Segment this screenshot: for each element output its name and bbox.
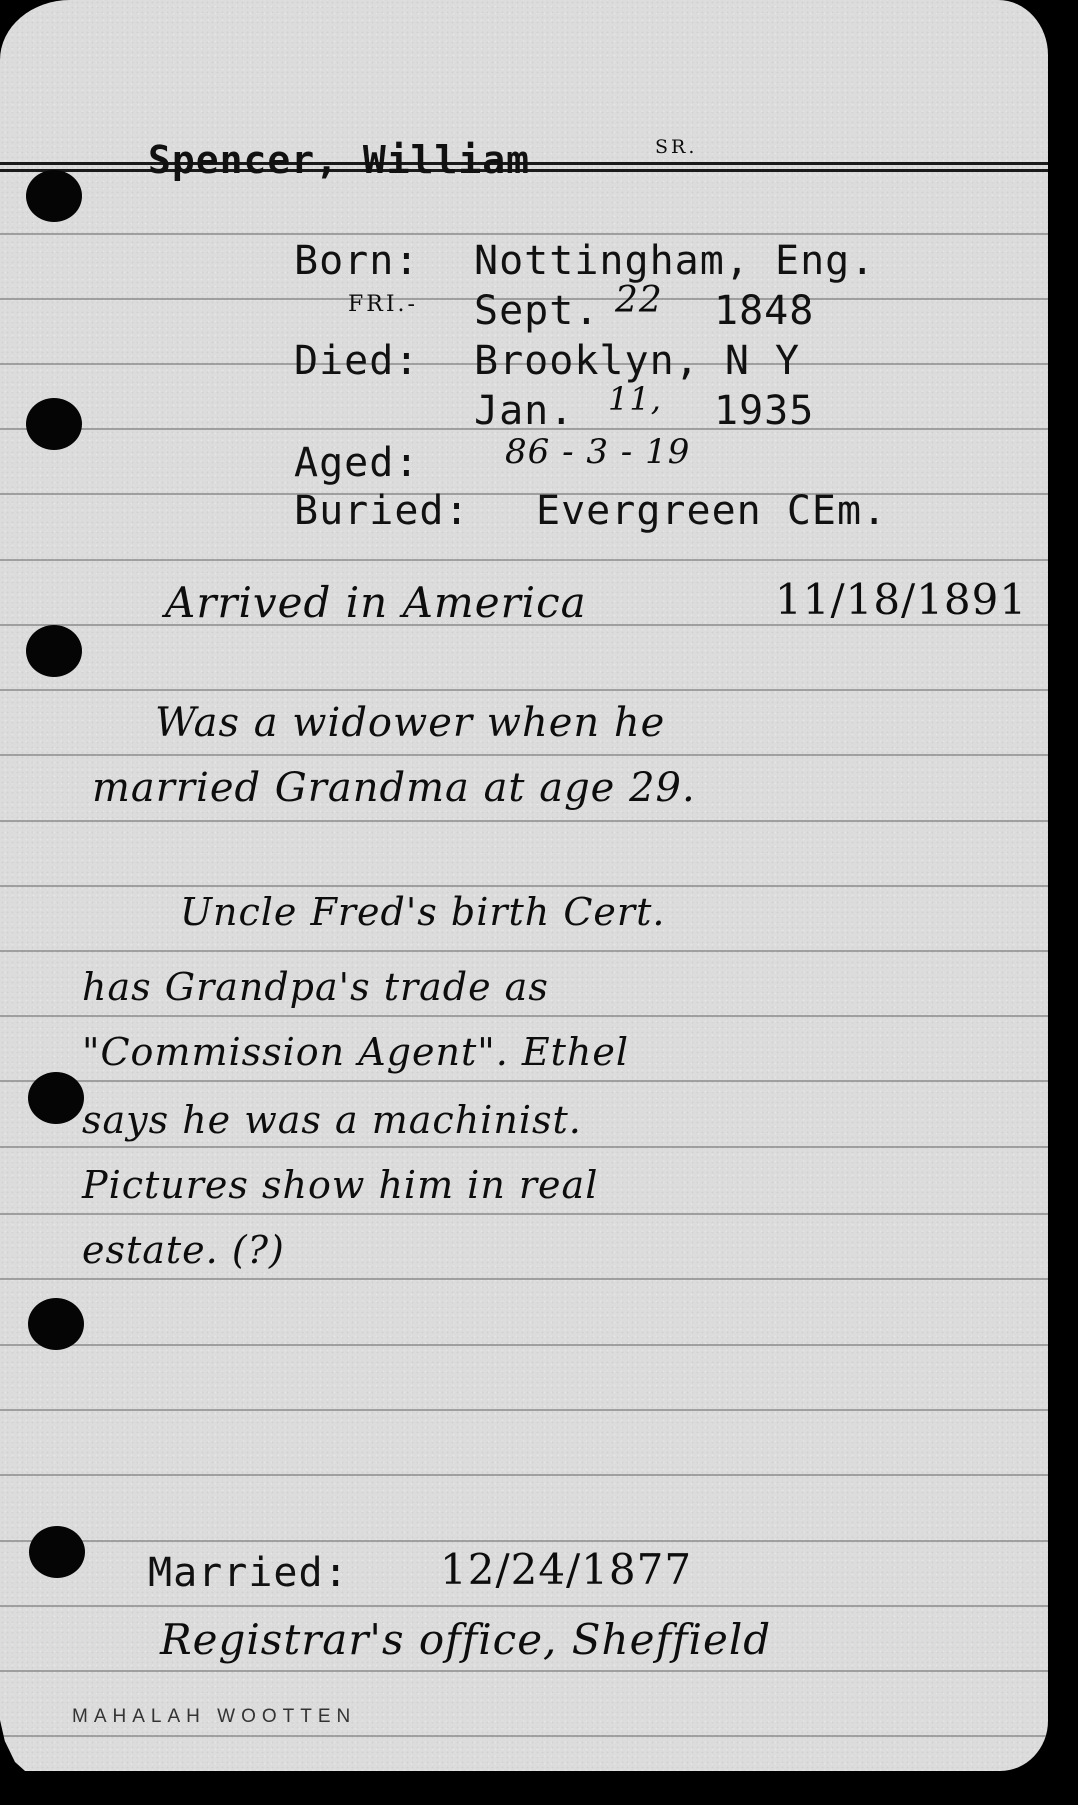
- born-place: Nottingham, Eng.: [474, 238, 875, 284]
- punch-hole: [28, 1072, 84, 1124]
- buried-place: Evergreen CEm.: [536, 488, 887, 534]
- born-label: Born:: [294, 238, 419, 284]
- cert-note-line-3: "Commission Agent". Ethel: [82, 1030, 629, 1074]
- ruled-line: [0, 1146, 1048, 1148]
- cert-note-line-6: estate. (?): [82, 1228, 285, 1272]
- widower-note-line-1: Was a widower when he: [155, 700, 665, 746]
- buried-label: Buried:: [294, 488, 470, 534]
- punch-hole: [28, 1298, 84, 1350]
- ruled-line: [0, 1344, 1048, 1346]
- died-place: Brooklyn, N Y: [474, 338, 800, 384]
- card-heading-name: Spencer, William: [148, 138, 530, 182]
- ruled-line: [0, 1474, 1048, 1476]
- born-year: 1848: [714, 288, 814, 334]
- married-label: Married:: [148, 1550, 349, 1596]
- died-day: 11,: [608, 380, 662, 418]
- punch-hole: [26, 625, 82, 677]
- arrived-date: 11/18/1891: [775, 575, 1027, 624]
- punch-hole: [26, 170, 82, 222]
- genealogy-index-card: Spencer, William SR. Born: Nottingham, E…: [0, 0, 1048, 1771]
- widower-note-line-2: married Grandma at age 29.: [92, 765, 696, 811]
- cert-note-line-2: has Grandpa's trade as: [82, 965, 549, 1009]
- punch-hole: [29, 1526, 85, 1578]
- cert-note-line-5: Pictures show him in real: [82, 1163, 598, 1207]
- ruled-line: [0, 689, 1048, 691]
- ruled-line: [0, 233, 1048, 235]
- ruled-line: [0, 1670, 1048, 1672]
- born-day: 22: [615, 280, 663, 321]
- ruled-line: [0, 1278, 1048, 1280]
- cert-note-line-4: says he was a machinist.: [82, 1098, 582, 1142]
- ruled-line: [0, 820, 1048, 822]
- card-heading-suffix: SR.: [655, 136, 697, 158]
- married-place: Registrar's office, Sheffield: [160, 1615, 771, 1664]
- ruled-line: [0, 1409, 1048, 1411]
- arrived-note: Arrived in America: [165, 578, 587, 627]
- married-date: 12/24/1877: [440, 1545, 692, 1594]
- ruled-line: [0, 885, 1048, 887]
- ruled-line: [0, 559, 1048, 561]
- born-date-prefix: Sept.: [474, 288, 599, 334]
- ruled-line: [0, 1213, 1048, 1215]
- ruled-line: [0, 1080, 1048, 1082]
- ruled-line: [0, 1015, 1048, 1017]
- born-weekday-note: FRI.-: [348, 292, 418, 317]
- aged-label: Aged:: [294, 440, 419, 486]
- died-date-prefix: Jan.: [474, 388, 574, 434]
- died-label: Died:: [294, 338, 419, 384]
- cert-note-line-1: Uncle Fred's birth Cert.: [180, 890, 665, 934]
- ruled-line: [0, 1605, 1048, 1607]
- punch-hole: [26, 398, 82, 450]
- ruled-line: [0, 493, 1048, 495]
- ruled-line: [0, 754, 1048, 756]
- spouse-name: MAHALAH WOOTTEN: [72, 1706, 356, 1728]
- ruled-line: [0, 1735, 1048, 1737]
- died-year: 1935: [714, 388, 814, 434]
- aged-value: 86 - 3 - 19: [505, 432, 690, 472]
- ruled-line: [0, 1540, 1048, 1542]
- ruled-line: [0, 950, 1048, 952]
